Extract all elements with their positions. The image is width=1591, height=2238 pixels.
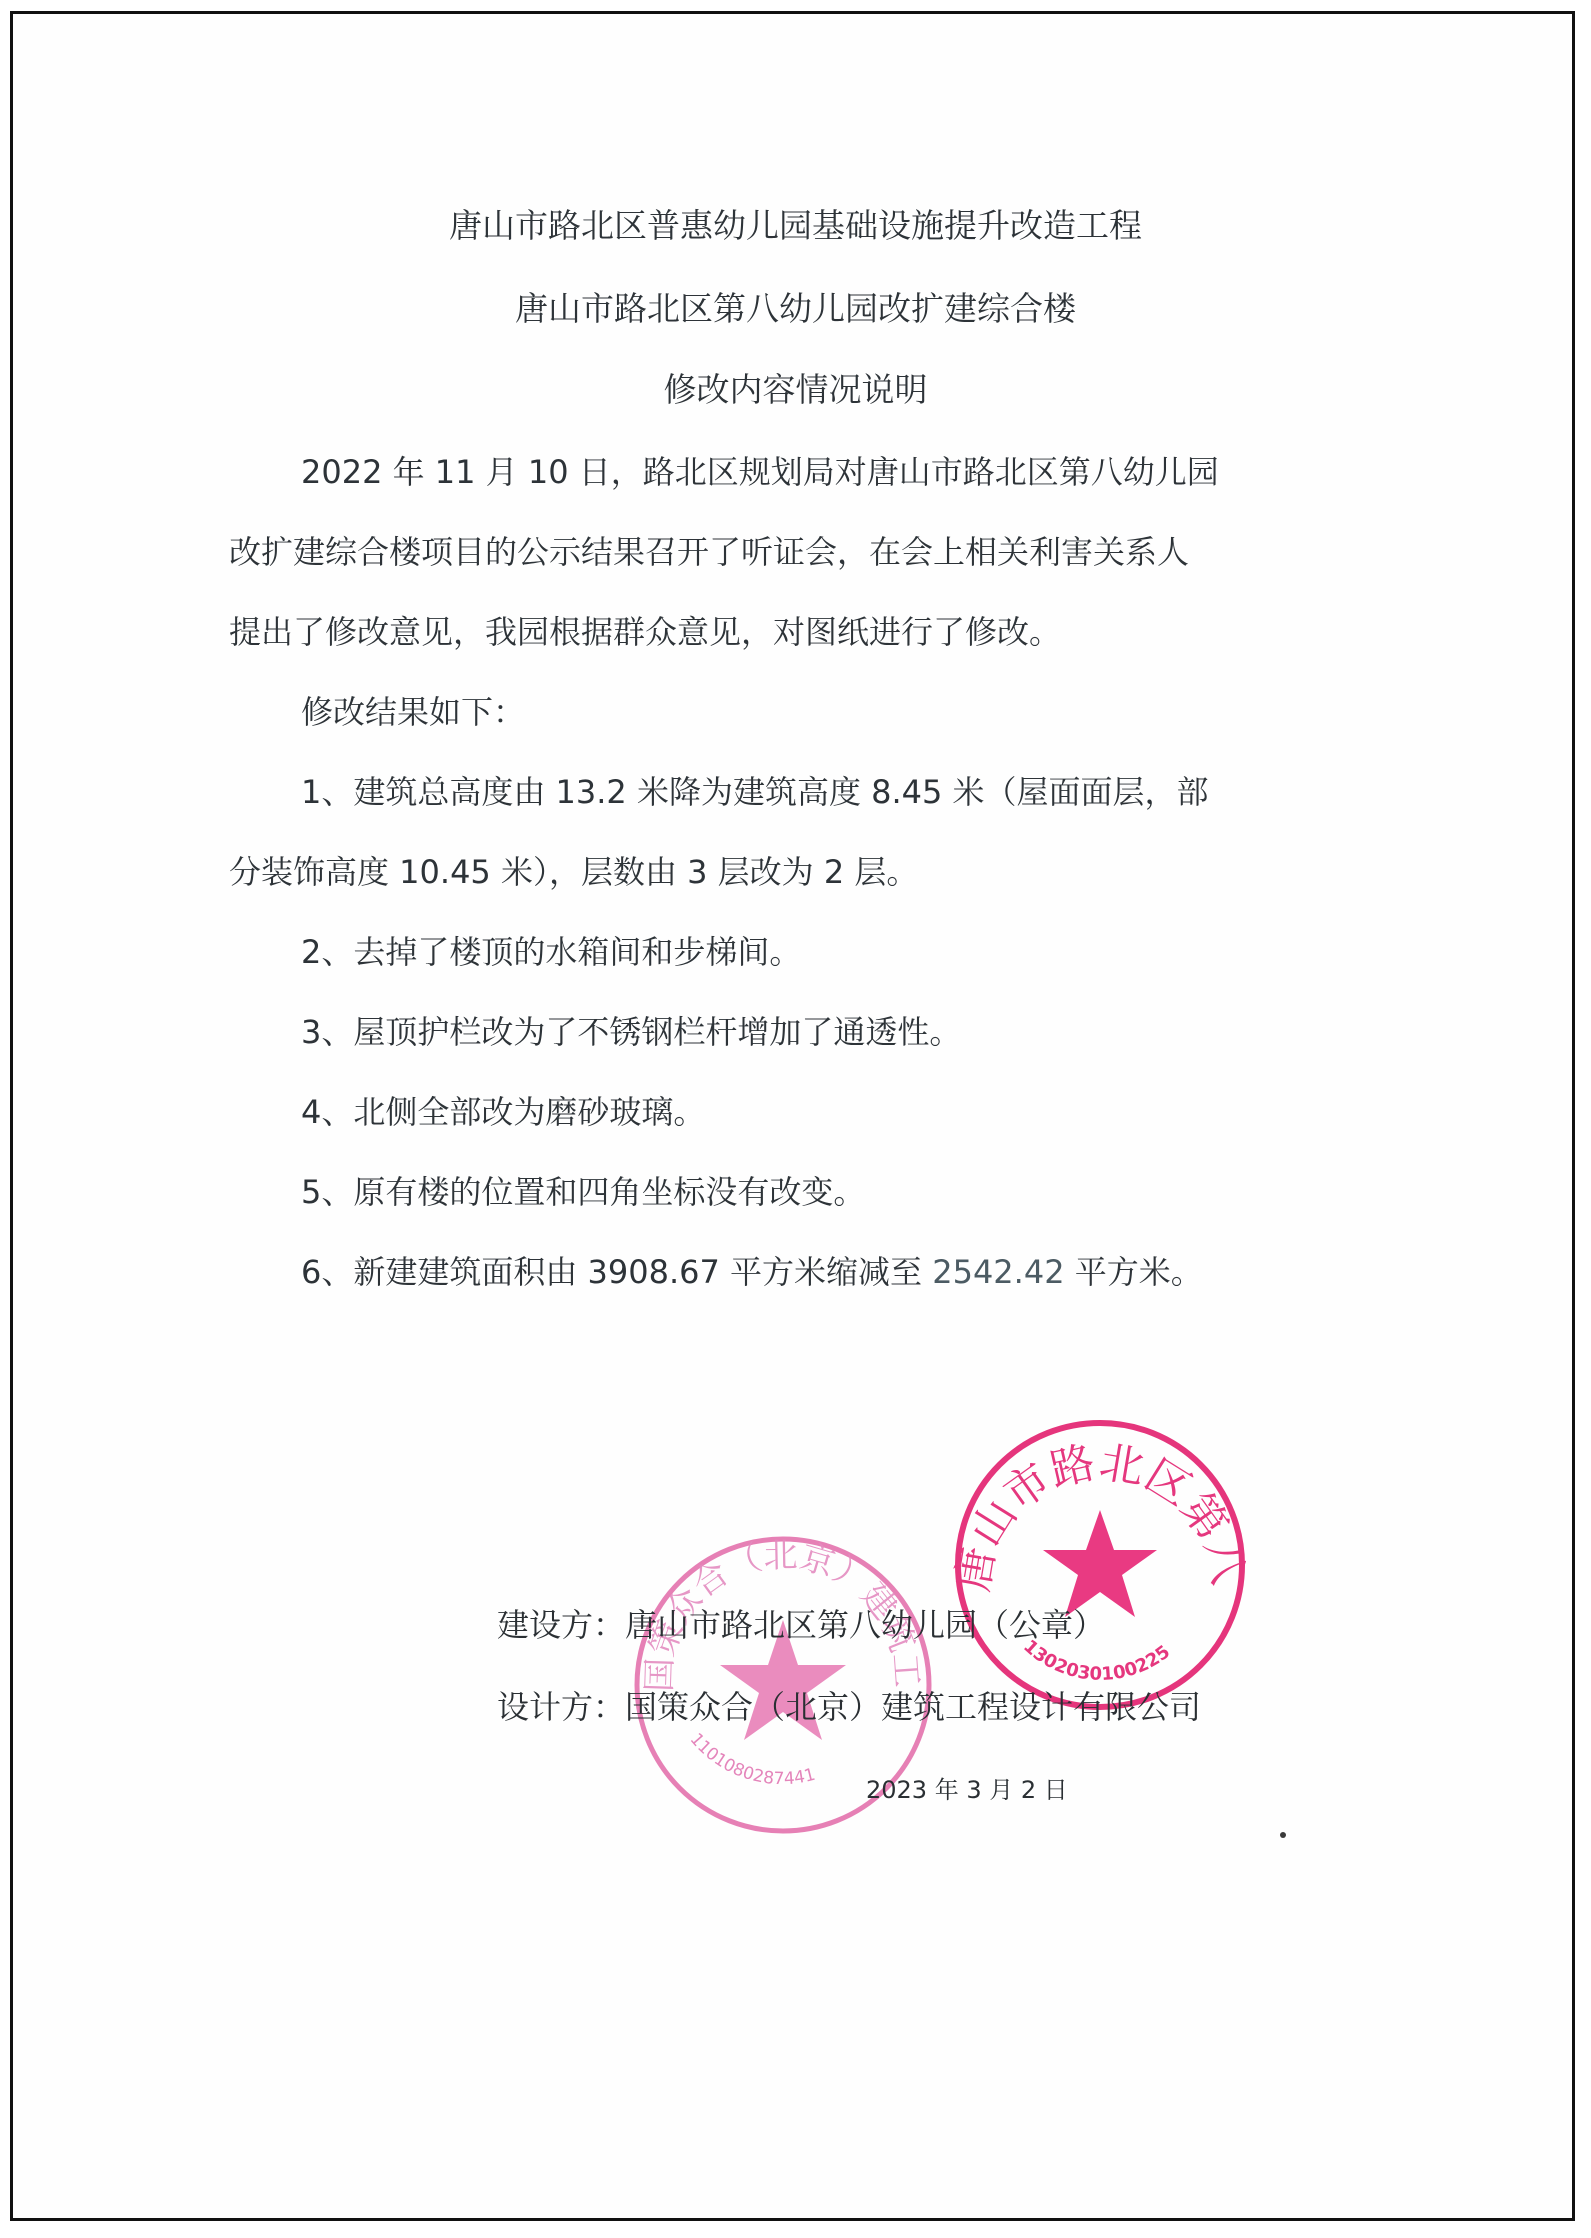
item-6-highlight: 2542.42 xyxy=(932,1253,1064,1291)
item-6-prefix: 6、新建建筑面积由 3908.67 平方米缩减至 xyxy=(301,1253,932,1291)
page-frame xyxy=(10,11,1575,2221)
signature-date: 2023 年 3 月 2 日 xyxy=(866,1770,1068,1805)
designer-signature: 设计方：国策众合（北京）建筑工程设计有限公司 xyxy=(497,1682,1201,1728)
intro-line-3: 提出了修改意见，我园根据群众意见，对图纸进行了修改。 xyxy=(229,607,1061,653)
scan-speck xyxy=(1280,1832,1286,1838)
item-6-suffix: 平方米。 xyxy=(1065,1253,1203,1291)
item-4: 4、北侧全部改为磨砂玻璃。 xyxy=(301,1087,705,1133)
item-1-line-2: 分装饰高度 10.45 米），层数由 3 层改为 2 层。 xyxy=(229,847,918,893)
intro-line-2: 改扩建综合楼项目的公示结果召开了听证会，在会上相关利害关系人 xyxy=(229,527,1189,573)
results-heading: 修改结果如下： xyxy=(301,687,525,733)
building-title: 唐山市路北区第八幼儿园改扩建综合楼 xyxy=(0,283,1591,330)
item-3: 3、屋顶护栏改为了不锈钢栏杆增加了通透性。 xyxy=(301,1007,961,1053)
project-title: 唐山市路北区普惠幼儿园基础设施提升改造工程 xyxy=(0,200,1591,247)
item-1-line-1: 1、建筑总高度由 13.2 米降为建筑高度 8.45 米（屋面面层，部 xyxy=(301,767,1209,813)
item-5: 5、原有楼的位置和四角坐标没有改变。 xyxy=(301,1167,865,1213)
item-6: 6、新建建筑面积由 3908.67 平方米缩减至 2542.42 平方米。 xyxy=(301,1247,1203,1293)
intro-line-1: 2022 年 11 月 10 日，路北区规划局对唐山市路北区第八幼儿园 xyxy=(301,447,1219,493)
item-2: 2、去掉了楼顶的水箱间和步梯间。 xyxy=(301,927,801,973)
builder-signature: 建设方：唐山市路北区第八幼儿园（公章） xyxy=(497,1600,1105,1646)
document-title: 修改内容情况说明 xyxy=(0,364,1591,411)
